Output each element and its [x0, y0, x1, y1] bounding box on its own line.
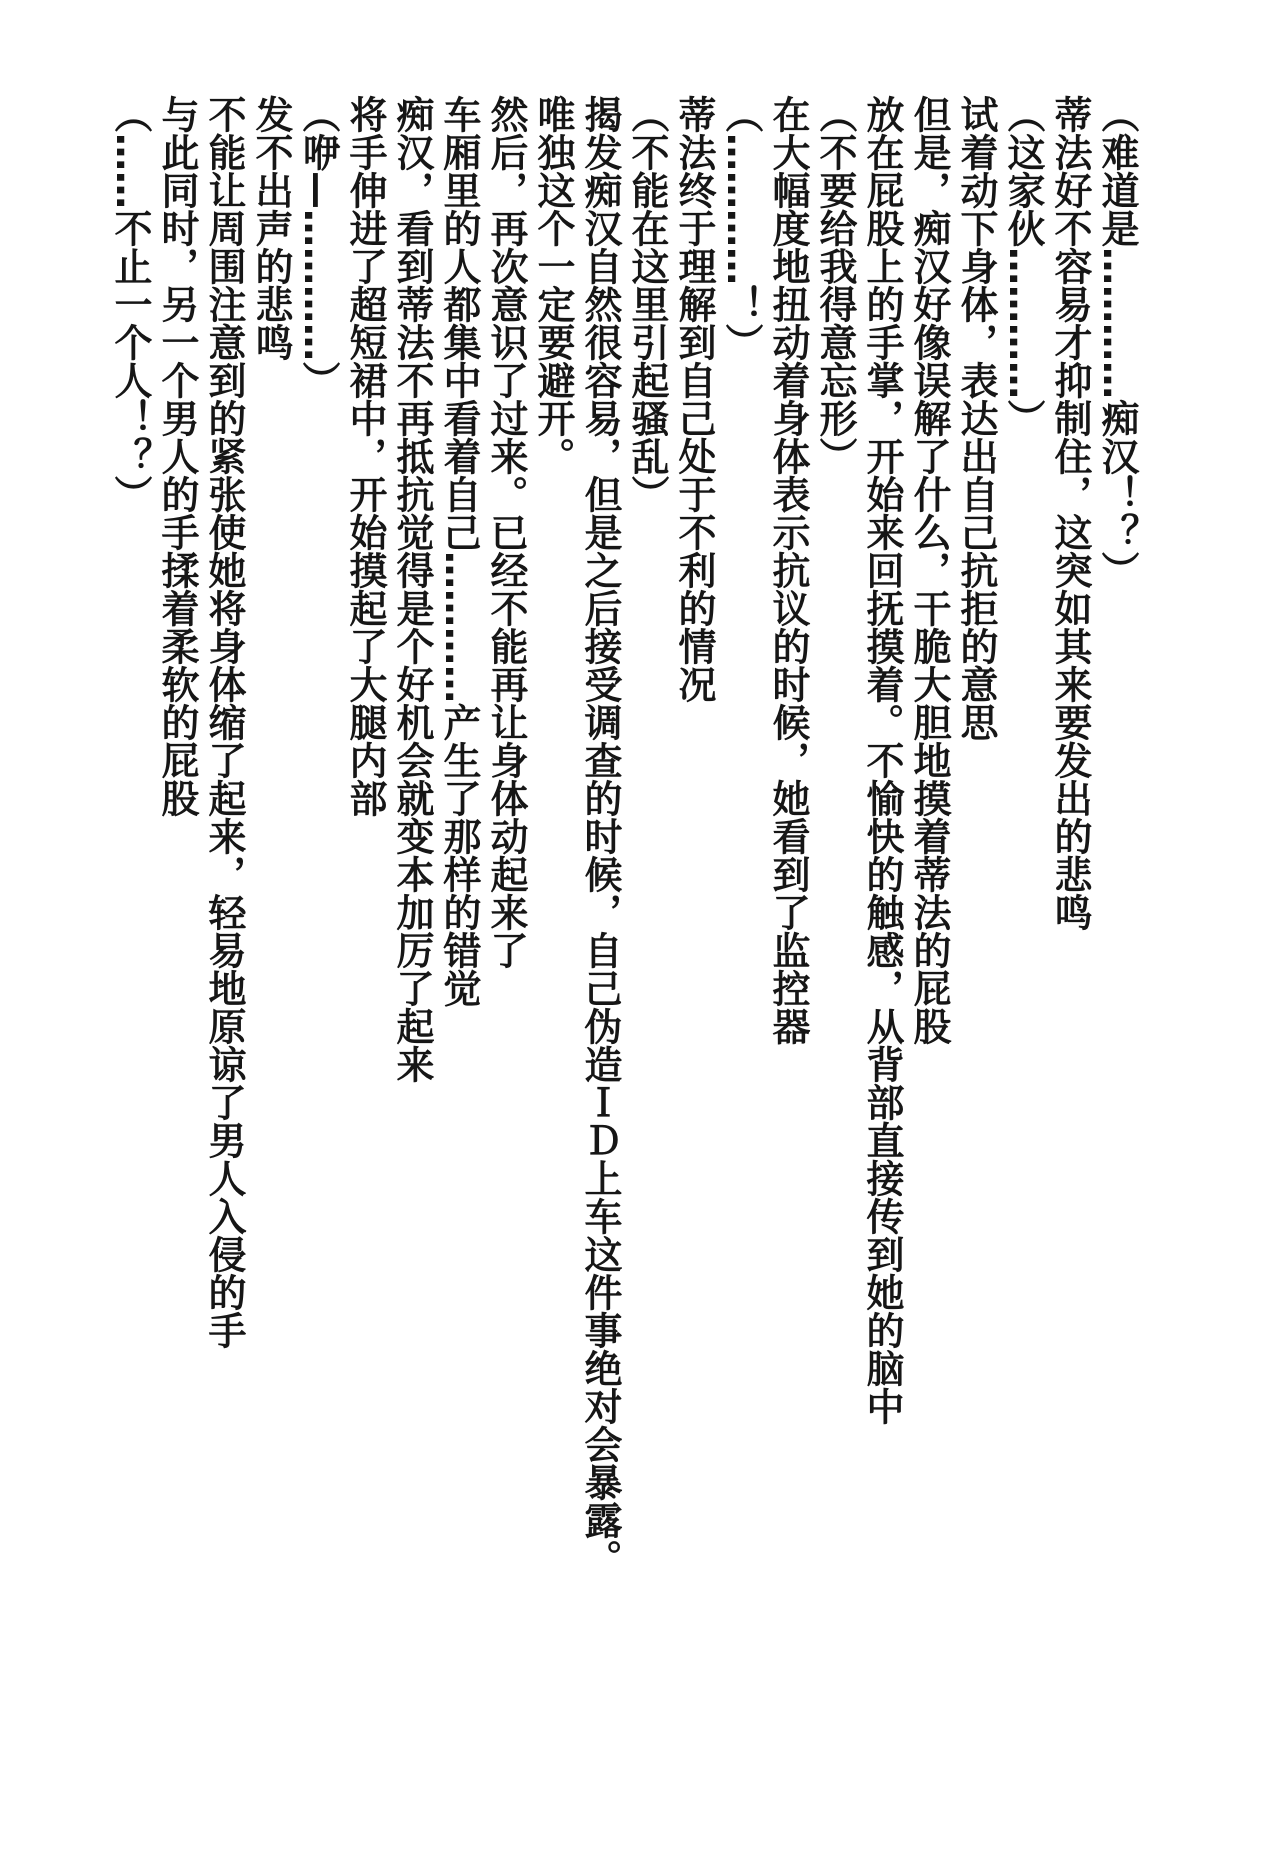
text-column-21: 与此同时，另一个男人的手揉着柔软的屁股 [153, 95, 200, 1785]
vertical-text-block: （难道是…………痴汉！？） 蒂法好不容易才抑制住，这突如其来要发出的悲鸣 （这家… [106, 95, 1140, 1785]
text-column-08: 在大幅度地扭动着身体表示抗议的时候，她看到了监控器 [764, 95, 811, 1785]
text-column-11: （不能在这里引起骚乱） [623, 95, 670, 1785]
text-column-02: 蒂法好不容易才抑制住，这突如其来要发出的悲鸣 [1046, 95, 1093, 1785]
text-column-17: 将手伸进了超短裙中，开始摸起了大腿内部 [341, 95, 388, 1785]
text-column-22: （……不止一个人！？） [106, 95, 153, 1785]
scanned-text-page: （难道是…………痴汉！？） 蒂法好不容易才抑制住，这突如其来要发出的悲鸣 （这家… [0, 0, 1280, 1852]
text-column-16: 痴汉，看到蒂法不再抵抗觉得是个好机会就变本加厉了起来 [388, 95, 435, 1785]
text-column-05: 但是，痴汉好像误解了什么，干脆大胆地摸着蒂法的屁股 [905, 95, 952, 1785]
text-column-01: （难道是…………痴汉！？） [1093, 95, 1140, 1785]
text-column-10: 蒂法终于理解到自己处于不利的情况 [670, 95, 717, 1785]
text-column-12: 揭发痴汉自然很容易，但是之后接受调查的时候，自己伪造ＩＤ上车这件事绝对会暴露。 [576, 95, 623, 1785]
text-column-04: 试着动下身体，表达出自己抗拒的意思 [952, 95, 999, 1785]
text-column-09: （…………！） [717, 95, 764, 1785]
text-column-20: 不能让周围注意到的紧张使她将身体缩了起来，轻易地原谅了男人入侵的手 [200, 95, 247, 1785]
text-column-19: 发不出声的悲鸣 [247, 95, 294, 1785]
text-column-18: （咿—…………） [294, 95, 341, 1785]
text-column-14: 然后，再次意识了过来。已经不能再让身体动起来了 [482, 95, 529, 1785]
text-column-13: 唯独这个一定要避开。 [529, 95, 576, 1785]
text-column-03: （这家伙…………） [999, 95, 1046, 1785]
text-column-06: 放在屁股上的手掌，开始来回抚摸着。不愉快的触感，从背部直接传到她的脑中 [858, 95, 905, 1785]
text-column-07: （不要给我得意忘形） [811, 95, 858, 1785]
text-column-15: 车厢里的人都集中看着自己…………产生了那样的错觉 [435, 95, 482, 1785]
